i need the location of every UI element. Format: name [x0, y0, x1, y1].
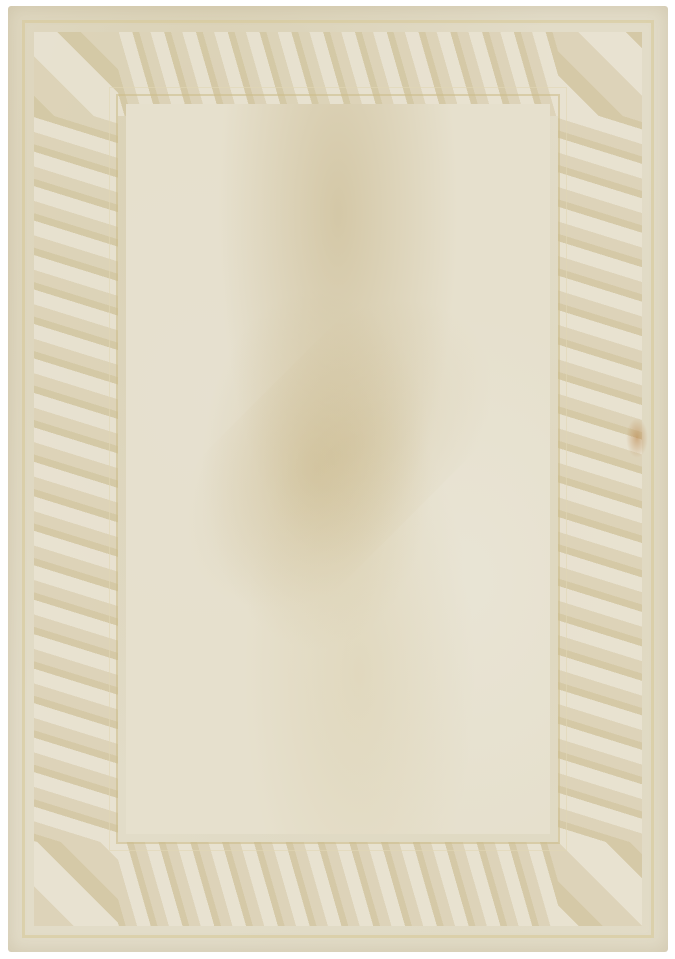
rug-field [126, 104, 550, 834]
rug [8, 6, 668, 952]
central-medallion [101, 218, 575, 692]
edge-stain [626, 418, 648, 458]
